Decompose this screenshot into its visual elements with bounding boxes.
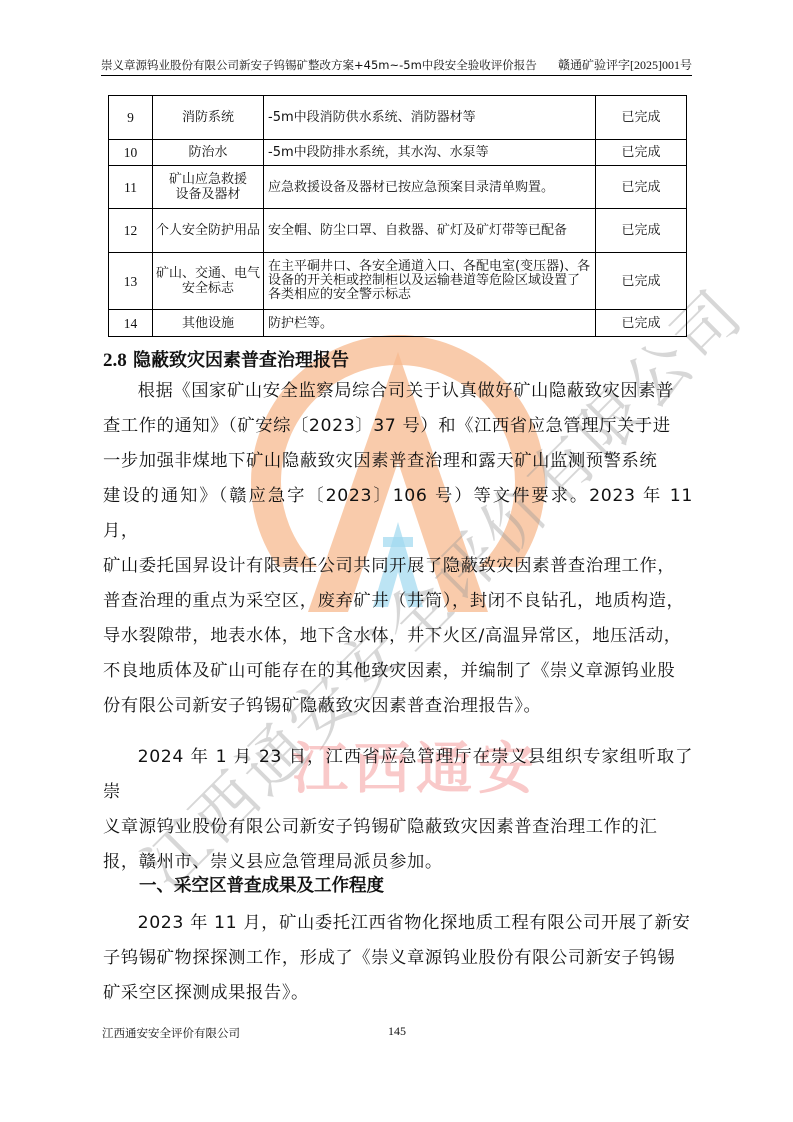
- text-line: 一步加强非煤地下矿山隐蔽致灾因素普查治理和露天矿山监测预警系统: [103, 444, 693, 479]
- text-line: 建设的通知》（赣应急字〔2023〕106 号）等文件要求。2023 年 11 月…: [103, 479, 693, 549]
- status-cell: 已完成: [596, 166, 687, 209]
- text-line: 2024 年 1 月 23 日，江西省应急管理厅在崇义县组织专家组听取了崇: [103, 740, 693, 810]
- text-line: 导水裂隙带，地表水体，地下含水体，井下火区/高温异常区，地压活动，: [103, 619, 693, 654]
- row-number: 14: [109, 310, 153, 337]
- status-cell: 已完成: [596, 310, 687, 337]
- facility-name: 其他设施: [153, 310, 264, 337]
- facility-content: -5m中段消防供水系统、消防器材等: [264, 96, 596, 140]
- row-number: 9: [109, 96, 153, 140]
- table-row: 13 矿山、交通、电气安全标志 在主平硐井口、各安全通道入口、各配电室(变压器)…: [109, 253, 687, 310]
- facility-name: 防治水: [153, 140, 264, 166]
- paragraph-goaf-survey: 2023 年 11 月，矿山委托江西省物化探地质工程有限公司开展了新安 子钨锡矿…: [103, 906, 693, 1011]
- section-number: 2.8: [103, 350, 127, 371]
- footer-company-name: 江西通安安全评价有限公司: [102, 1025, 240, 1041]
- page-number: 145: [388, 1024, 406, 1039]
- paragraph-expert-review: 2024 年 1 月 23 日，江西省应急管理厅在崇义县组织专家组听取了崇 义章…: [103, 740, 693, 880]
- facility-name: 消防系统: [153, 96, 264, 140]
- table-row: 10 防治水 -5m中段防排水系统，其水沟、水泵等 已完成: [109, 140, 687, 166]
- header-reference-number: 赣通矿验评字[2025]001号: [558, 57, 692, 75]
- row-number: 13: [109, 253, 153, 310]
- status-cell: 已完成: [596, 140, 687, 166]
- row-number: 10: [109, 140, 153, 166]
- facilities-completion-table: 9 消防系统 -5m中段消防供水系统、消防器材等 已完成 10 防治水 -5m中…: [108, 95, 687, 337]
- text-line: 根据《国家矿山安全监察局综合司关于认真做好矿山隐蔽致灾因素普: [103, 374, 693, 409]
- paragraph-survey-basis: 根据《国家矿山安全监察局综合司关于认真做好矿山隐蔽致灾因素普 查工作的通知》（矿…: [103, 374, 693, 724]
- row-number: 11: [109, 166, 153, 209]
- text-line: 义章源钨业股份有限公司新安子钨锡矿隐蔽致灾因素普查治理工作的汇: [103, 810, 693, 845]
- facility-content: 安全帽、防尘口罩、自救器、矿灯及矿灯带等已配备: [264, 209, 596, 253]
- facility-content: 防护栏等。: [264, 310, 596, 337]
- facility-content: 应急救援设备及器材已按应急预案目录清单购置。: [264, 166, 596, 209]
- table-row: 14 其他设施 防护栏等。 已完成: [109, 310, 687, 337]
- section-heading: 2.8 隐蔽致灾因素普查治理报告: [103, 346, 349, 372]
- header-report-title: 崇义章源钨业股份有限公司新安子钨锡矿整改方案+45m~-5m中段安全验收评价报告: [101, 57, 537, 75]
- table-row: 11 矿山应急救援设备及器材 应急救援设备及器材已按应急预案目录清单购置。 已完…: [109, 166, 687, 209]
- facility-content: 在主平硐井口、各安全通道入口、各配电室(变压器)、各设备的开关柜或控制柜以及运输…: [264, 253, 596, 310]
- row-number: 12: [109, 209, 153, 253]
- text-line: 子钨锡矿物探探测工作，形成了《崇义章源钨业股份有限公司新安子钨锡: [103, 941, 693, 976]
- subsection-heading: 一、采空区普查成果及工作程度: [139, 872, 384, 897]
- text-line: 普查治理的重点为采空区，废弃矿井（井筒），封闭不良钻孔，地质构造，: [103, 584, 693, 619]
- status-cell: 已完成: [596, 253, 687, 310]
- facility-name: 矿山、交通、电气安全标志: [153, 253, 264, 310]
- text-line: 矿山委托国昇设计有限责任公司共同开展了隐蔽致灾因素普查治理工作，: [103, 549, 693, 584]
- status-cell: 已完成: [596, 209, 687, 253]
- section-title-text: 隐蔽致灾因素普查治理报告: [133, 350, 349, 371]
- table-row: 9 消防系统 -5m中段消防供水系统、消防器材等 已完成: [109, 96, 687, 140]
- facility-content: -5m中段防排水系统，其水沟、水泵等: [264, 140, 596, 166]
- text-line: 份有限公司新安子钨锡矿隐蔽致灾因素普查治理报告》。: [103, 689, 693, 724]
- table-row: 12 个人安全防护用品 安全帽、防尘口罩、自救器、矿灯及矿灯带等已配备 已完成: [109, 209, 687, 253]
- text-line: 不良地质体及矿山可能存在的其他致灾因素，并编制了《崇义章源钨业股: [103, 654, 693, 689]
- text-line: 查工作的通知》（矿安综〔2023〕37 号）和《江西省应急管理厅关于进: [103, 409, 693, 444]
- text-line: 矿采空区探测成果报告》。: [103, 976, 693, 1011]
- page-header: 崇义章源钨业股份有限公司新安子钨锡矿整改方案+45m~-5m中段安全验收评价报告…: [101, 57, 692, 76]
- document-page: 江西通安安全评价有限公司 江西通安 崇义章源钨业股份有限公司新安子钨锡矿整改方案…: [0, 0, 793, 1122]
- status-cell: 已完成: [596, 96, 687, 140]
- facility-name: 矿山应急救援设备及器材: [153, 166, 264, 209]
- facility-name: 个人安全防护用品: [153, 209, 264, 253]
- text-line: 2023 年 11 月，矿山委托江西省物化探地质工程有限公司开展了新安: [103, 906, 693, 941]
